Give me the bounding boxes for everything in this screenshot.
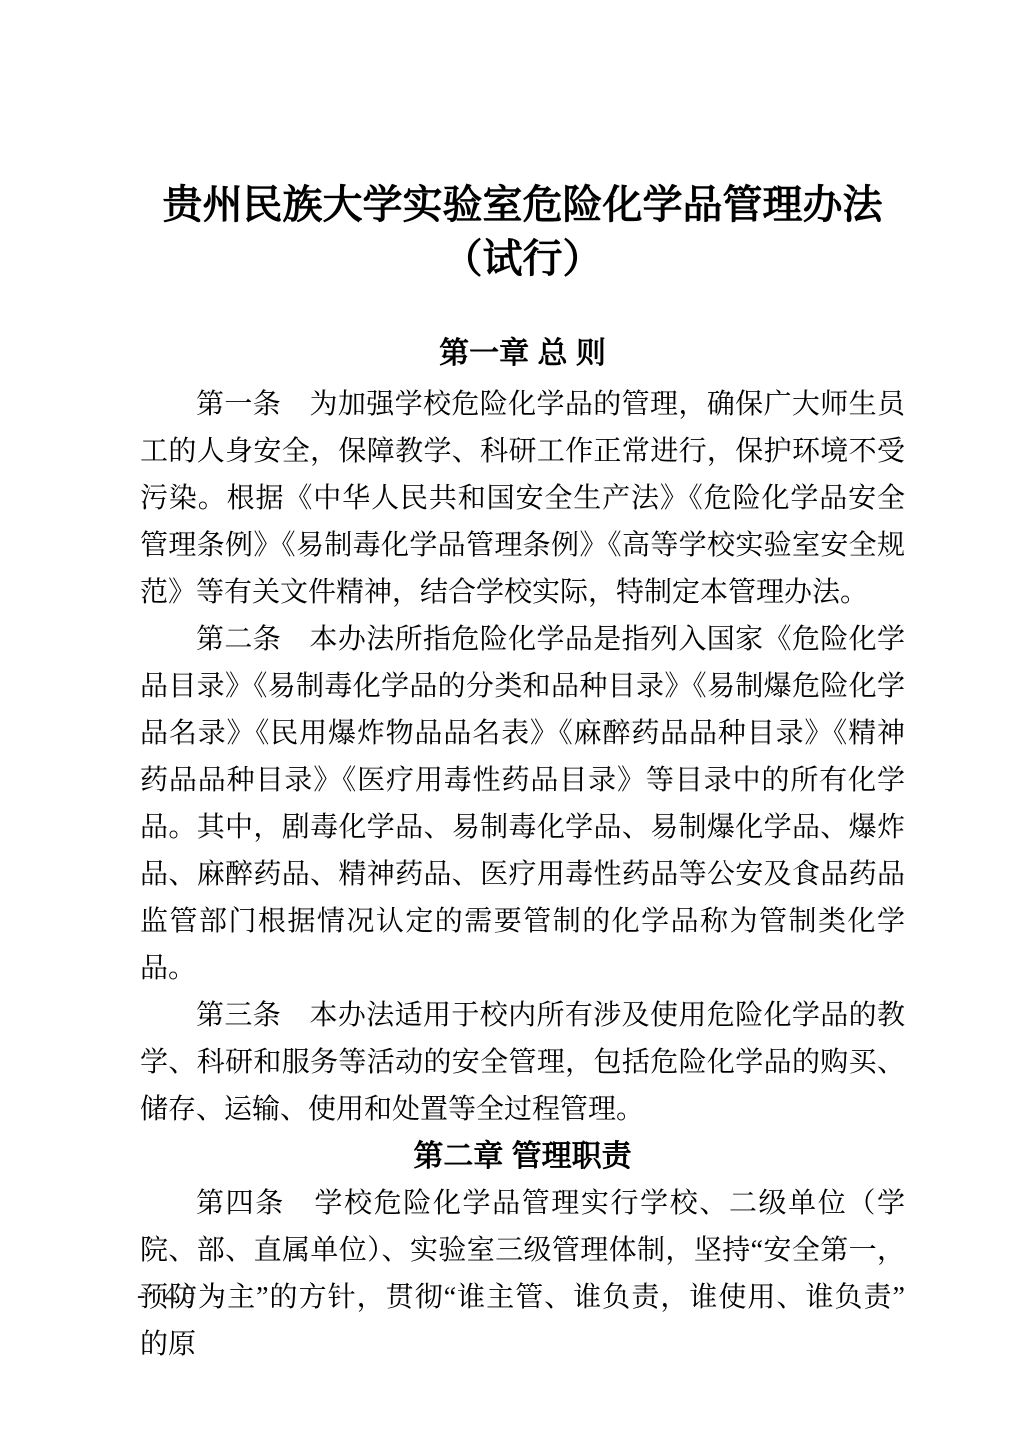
document-page: 贵州民族大学实验室危险化学品管理办法 （试行） 第一章 总 则 第一条 为加强学… [0,0,1024,1448]
chapter-2-heading: 第二章 管理职责 [140,1133,905,1180]
article-3-paragraph: 第三条 本办法适用于校内所有涉及使用危险化学品的教学、科研和服务等活动的安全管理… [140,992,905,1133]
article-4-paragraph: 第四条 学校危险化学品管理实行学校、二级单位（学院、部、直属单位）、实验室三级管… [140,1180,905,1368]
title-line-1: 贵州民族大学实验室危险化学品管理办法 [140,178,905,232]
chapter-1-heading: 第一章 总 则 [140,330,905,377]
title-line-2: （试行） [140,232,905,286]
document-title: 贵州民族大学实验室危险化学品管理办法 （试行） [140,178,905,286]
page-number: - 40 - [137,1282,227,1310]
article-1-paragraph: 第一条 为加强学校危险化学品的管理，确保广大师生员工的人身安全，保障教学、科研工… [140,381,905,616]
article-2-paragraph: 第二条 本办法所指危险化学品是指列入国家《危险化学品目录》《易制毒化学品的分类和… [140,616,905,992]
